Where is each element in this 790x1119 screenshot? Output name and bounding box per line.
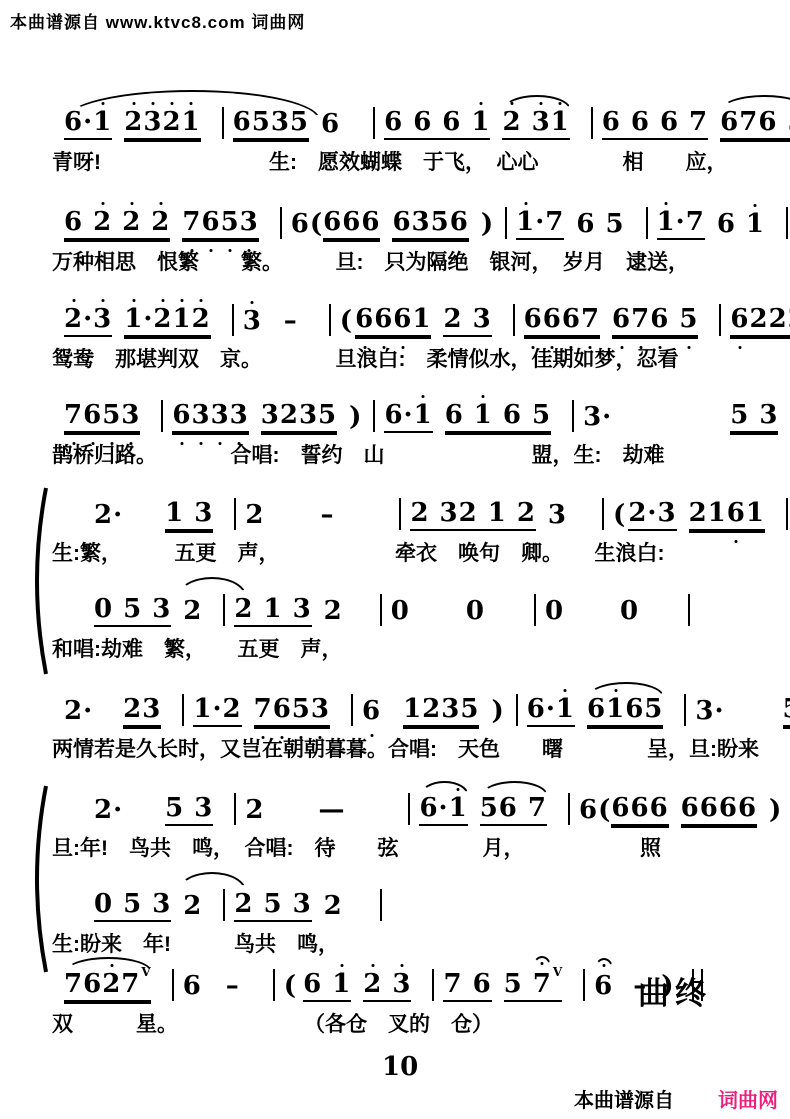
system-brace-icon xyxy=(26,784,50,974)
notation-cell: 666 xyxy=(611,795,668,826)
notation-cell: 6( xyxy=(579,797,611,826)
notation-cell: 6222 xyxy=(64,209,170,240)
lyric-line: 和唱:劫难 繁， 五更 声， xyxy=(52,633,343,663)
barline xyxy=(513,304,515,336)
notation-line: 7627V6–(61237657V6–) xyxy=(64,962,712,1002)
notation-cell: 7653 xyxy=(64,402,140,433)
notation-cell: 53 xyxy=(783,696,790,727)
notation-cell: ) xyxy=(769,797,782,826)
barline xyxy=(223,889,225,921)
notation-cell: 2· xyxy=(94,502,123,531)
notation-cell: – xyxy=(226,973,240,1002)
notation-cell: 23212 xyxy=(410,500,535,531)
notation-cell: 65 xyxy=(576,211,624,240)
notation-cell: 6666 xyxy=(681,795,757,826)
notation-cell: 6165 xyxy=(445,402,551,433)
notation-line: 053221320000 xyxy=(94,587,699,627)
barline xyxy=(280,207,282,239)
notation-cell: 053 xyxy=(94,891,171,922)
notation-cell: 7653 xyxy=(254,696,330,727)
notation-cell: 1·2 xyxy=(193,696,241,727)
notation-cell: 2161 xyxy=(689,500,765,531)
notation-cell: 3 xyxy=(243,308,262,337)
notation-cell: 3235 xyxy=(261,402,337,433)
notation-cell: 253 xyxy=(234,891,311,922)
notation-cell: 6·1 xyxy=(64,109,112,140)
notation-cell: 13 xyxy=(165,500,213,531)
notation-cell: 6333 xyxy=(172,402,248,433)
sheet-music-page: 本曲谱源自 www.ktvc8.com 词曲网 6·12321653566661… xyxy=(0,0,790,1119)
barline xyxy=(646,207,648,239)
notation-cell: 2 xyxy=(183,598,202,627)
barline xyxy=(786,207,788,239)
notation-cell: 2· xyxy=(94,797,123,826)
notation-cell: 1·212 xyxy=(124,306,210,337)
barline xyxy=(329,304,331,336)
barline xyxy=(505,207,507,239)
barline xyxy=(516,694,518,726)
breath-mark: V xyxy=(553,965,562,979)
notation-cell: 23 xyxy=(123,696,161,727)
notation-cell: 2 xyxy=(245,797,264,826)
header-credit: 本曲谱源自 www.ktvc8.com 词曲网 xyxy=(10,8,305,33)
lyric-line: 鹊桥归路。 合唱: 誓约 山 盟，生: 劫难 xyxy=(52,439,664,469)
notation-cell: 6222 xyxy=(730,306,790,337)
barline xyxy=(534,594,536,626)
notation-cell: 57V xyxy=(504,971,563,1002)
notation-cell: ) xyxy=(349,404,362,433)
notation-cell: – xyxy=(320,502,334,531)
notation-cell: 2· xyxy=(64,698,93,727)
notation-cell: 6·1 xyxy=(384,402,432,433)
notation-cell: 2 xyxy=(183,893,202,922)
breath-mark: V xyxy=(141,965,150,979)
barline xyxy=(373,400,375,432)
notation-cell: 6165 xyxy=(587,696,663,727)
notation-cell: 0 xyxy=(620,598,639,627)
notation-line: 2·231·2765361235)6·161653·53 xyxy=(64,687,790,727)
notation-cell: ) xyxy=(481,211,494,240)
notation-cell: 6·1 xyxy=(527,696,575,727)
barline xyxy=(351,694,353,726)
notation-cell: 2·3 xyxy=(64,306,112,337)
notation-cell: 6661 xyxy=(355,306,431,337)
notation-cell: 6 xyxy=(183,973,202,1002)
barline xyxy=(719,304,721,336)
notation-cell: 6( xyxy=(291,211,323,240)
notation-cell: 567 xyxy=(480,795,547,826)
notation-cell: ( xyxy=(613,502,626,531)
notation-cell: 2321 xyxy=(124,109,200,140)
barline xyxy=(380,889,382,921)
barline xyxy=(786,498,788,530)
barline xyxy=(408,793,410,825)
notation-cell: 3· xyxy=(583,404,612,433)
notation-cell: 1·7 xyxy=(657,209,705,240)
notation-cell: ) xyxy=(491,698,504,727)
notation-cell: 53 xyxy=(730,402,778,433)
page-number: 10 xyxy=(382,1052,418,1082)
barline xyxy=(373,107,375,139)
barline xyxy=(222,107,224,139)
notation-cell: 6 xyxy=(594,973,613,1002)
barline xyxy=(232,304,234,336)
lyric-line: 鸳鸯 那堪判双 京。 旦浪白: 柔情似水，佳期如梦，忍看 xyxy=(52,343,679,373)
notation-cell: 61 xyxy=(303,971,351,1002)
notation-cell: 0 xyxy=(391,598,410,627)
notation-line: 05322532 xyxy=(94,882,391,922)
lyric-line: 万种相思 恨繁 繁。 旦: 只为隔绝 银河， 岁月 逮送， xyxy=(52,246,689,276)
lyric-line: 生:繁， 五更 声， 牵衣 唤句 卿。 生浪白: xyxy=(52,537,664,567)
notation-cell: ( xyxy=(340,308,353,337)
notation-cell: 6667 xyxy=(602,109,708,140)
notation-cell: 213 xyxy=(234,596,311,627)
notation-cell: 6 xyxy=(362,698,381,727)
notation-cell: 6765 xyxy=(612,306,698,337)
notation-line: 6·1232165356666123166676765 xyxy=(64,100,790,140)
notation-cell: ( xyxy=(284,973,297,1002)
notation-cell: 7627V xyxy=(64,971,151,1002)
barline xyxy=(684,694,686,726)
notation-cell: 6 xyxy=(321,111,340,140)
barline xyxy=(172,969,174,1001)
barline xyxy=(399,498,401,530)
notation-cell: 76 xyxy=(443,971,491,1002)
notation-cell: 2·3 xyxy=(628,500,676,531)
notation-cell: 3 xyxy=(548,502,567,531)
notation-cell: 6667 xyxy=(524,306,600,337)
barline xyxy=(568,793,570,825)
footer-credit: 本曲谱源自 词曲网 xyxy=(574,1084,778,1113)
barline xyxy=(602,498,604,530)
notation-cell: 6·1 xyxy=(419,795,467,826)
system-brace-icon xyxy=(26,486,50,676)
notation-cell: 23 xyxy=(363,971,411,1002)
notation-cell: 7653 xyxy=(182,209,258,240)
barline xyxy=(273,969,275,1001)
notation-cell: 0 xyxy=(545,598,564,627)
barline xyxy=(432,969,434,1001)
notation-cell: 6661 xyxy=(384,109,490,140)
lyric-line: 两情若是久长时，又岂在朝朝暮暮。合唱: 天色 曙 呈，旦:盼来 xyxy=(52,733,759,763)
notation-line: 765363333235)6·161653·53 xyxy=(64,393,790,433)
end-of-piece-mark: 曲终 xyxy=(638,968,712,1013)
notation-cell: 2 xyxy=(324,893,343,922)
notation-cell: 666 xyxy=(323,209,380,240)
notation-cell: 053 xyxy=(94,596,171,627)
notation-cell: 1235 xyxy=(403,696,479,727)
barline xyxy=(161,400,163,432)
notation-cell: 6535 xyxy=(233,109,309,140)
barline xyxy=(234,498,236,530)
notation-cell: 6765 xyxy=(720,109,790,140)
notation-cell: 231 xyxy=(502,109,569,140)
barline xyxy=(223,594,225,626)
notation-line: 2·132–232123(2·32161 xyxy=(94,491,790,531)
barline xyxy=(234,793,236,825)
barline xyxy=(182,694,184,726)
barline xyxy=(583,969,585,1001)
notation-cell: 2 xyxy=(245,502,264,531)
lyric-line: 双 星。 （各仓 叉的 仓） xyxy=(52,1008,493,1038)
footer-credit-prefix: 本曲谱源自 xyxy=(574,1084,674,1113)
barline xyxy=(380,594,382,626)
notation-cell: — xyxy=(318,797,345,826)
notation-cell: 61 xyxy=(717,211,765,240)
footer-credit-site: 词曲网 xyxy=(718,1084,778,1113)
notation-line: 2·31·2123–(666123666767656222 xyxy=(64,297,790,337)
notation-cell: 6356 xyxy=(392,209,468,240)
barline xyxy=(572,400,574,432)
barline xyxy=(688,594,690,626)
lyric-line: 旦:年! 鸟共 鸣， 合唱: 待 弦 月， 照 xyxy=(52,832,661,862)
notation-cell: 1·7 xyxy=(516,209,564,240)
notation-cell: 3· xyxy=(695,698,724,727)
lyric-line: 生:盼来 年! 鸟共 鸣， xyxy=(52,928,339,958)
lyric-line: 青呀! 生: 愿效蝴蝶 于飞， 心心 相 应， xyxy=(52,146,727,176)
notation-line: 2·532—6·15676(6666666)56 xyxy=(94,786,790,826)
notation-cell: 0 xyxy=(466,598,485,627)
notation-cell: 23 xyxy=(443,306,491,337)
notation-cell: – xyxy=(284,308,298,337)
barline xyxy=(591,107,593,139)
notation-cell: 53 xyxy=(165,795,213,826)
notation-line: 622276536(6666356)1·7651·761 xyxy=(64,200,790,240)
notation-cell: 2 xyxy=(324,598,343,627)
